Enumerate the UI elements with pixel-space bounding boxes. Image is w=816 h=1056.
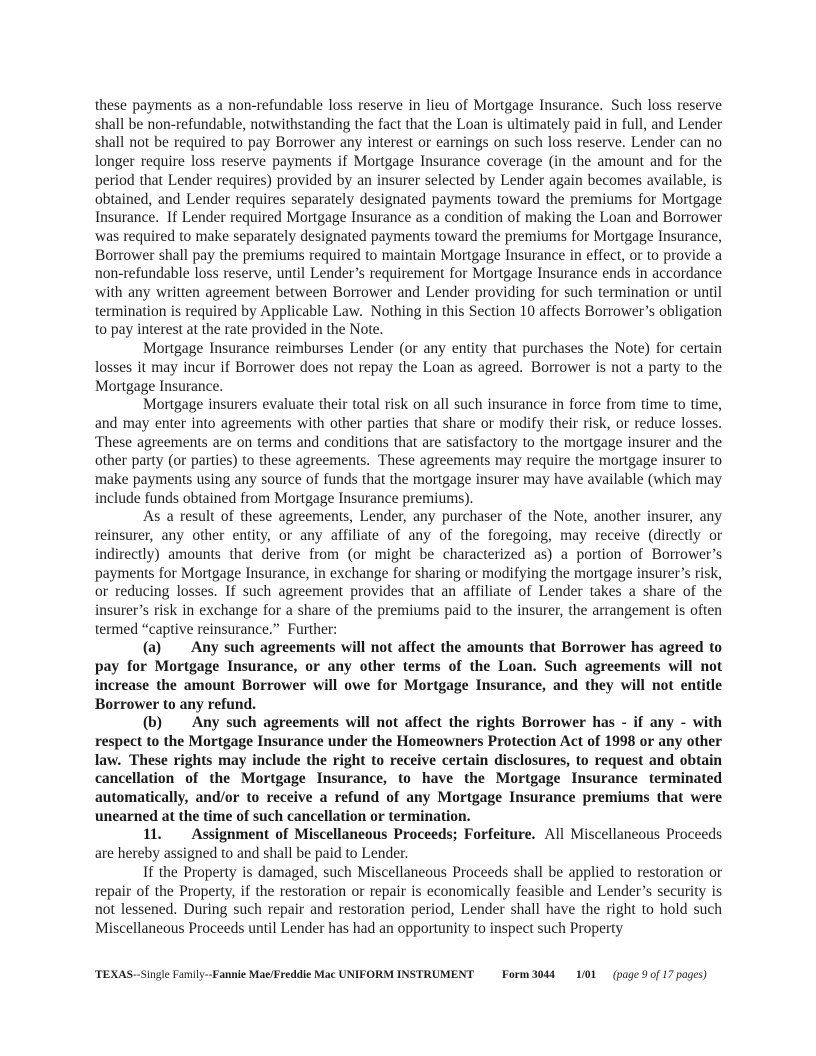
document-body: these payments as a non-refundable loss … [95,97,722,939]
paragraph-item-a-label: (a) [143,639,161,656]
paragraph-continuation-loss-reserve: these payments as a non-refundable loss … [95,97,722,340]
footer-instrument-line: TEXAS--Single Family--Fannie Mae/Freddie… [95,969,474,982]
footer-family: --Single Family-- [133,969,212,981]
section-11-number: 11. [143,826,162,843]
paragraph-as-a-result: As a result of these agreements, Lender,… [95,508,722,639]
paragraph-mortgage-insurance-reimburses: Mortgage Insurance reimburses Lender (or… [95,340,722,396]
paragraph-section-11: 11.Assignment of Miscellaneous Proceeds;… [95,826,722,863]
paragraph-item-b-text: Any such agreements will not affect the … [95,714,722,825]
footer-form-number: Form 3044 [502,969,555,982]
footer-instrument: Fannie Mae/Freddie Mac UNIFORM INSTRUMEN… [212,969,474,981]
footer-state: TEXAS [95,969,133,981]
footer-revision-date: 1/01 [576,969,596,982]
paragraph-item-b: (b)Any such agreements will not affect t… [95,714,722,826]
paragraph-item-a-text: Any such agreements will not affect the … [95,639,722,712]
paragraph-if-property-damaged: If the Property is damaged, such Miscell… [95,864,722,939]
section-11-heading: Assignment of Miscellaneous Proceeds; Fo… [192,826,536,843]
paragraph-item-b-label: (b) [143,714,162,731]
paragraph-mortgage-insurers-evaluate: Mortgage insurers evaluate their total r… [95,396,722,508]
footer-page-number: (page 9 of 17 pages) [613,969,707,982]
paragraph-item-a: (a)Any such agreements will not affect t… [95,639,722,714]
page-footer: TEXAS--Single Family--Fannie Mae/Freddie… [95,969,723,984]
document-page: these payments as a non-refundable loss … [0,0,816,1056]
